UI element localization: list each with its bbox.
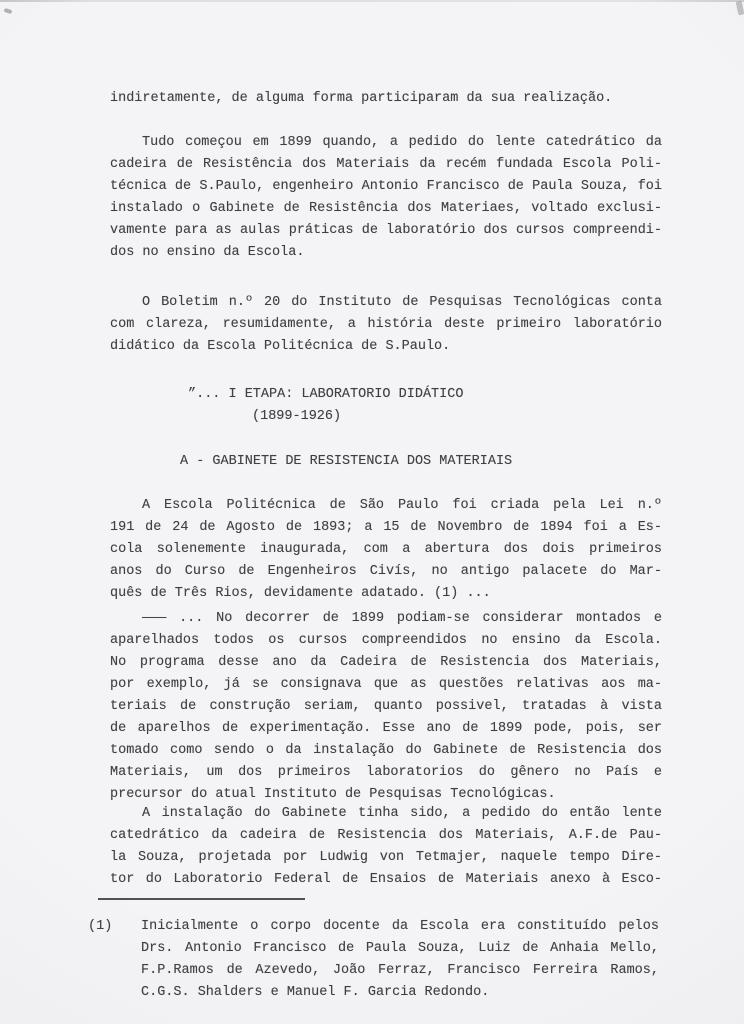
text-line: cola solenemente inaugurada, com a abert… xyxy=(110,539,662,561)
text-line: Materiais, um dos primeiros laboratorios… xyxy=(110,762,662,784)
footnote-line: F.P.Ramos de Azevedo, João Ferraz, Franc… xyxy=(141,960,659,982)
footnote-marker: (1) xyxy=(88,916,112,938)
scan-speck xyxy=(736,1,744,16)
footnote-rule-wrap xyxy=(110,898,662,900)
text-line: Tudo começou em 1899 quando, a pedido do… xyxy=(110,132,662,154)
paragraph: O Boletim n.º 20 do Instituto de Pesquis… xyxy=(110,292,662,358)
text-line: 191 de 24 de Agosto de 1893; a 15 de Nov… xyxy=(110,517,662,539)
heading-line: ”... I ETAPA: LABORATORIO DIDÁTICO xyxy=(188,384,662,406)
section-heading: ”... I ETAPA: LABORATORIO DIDÁTICO xyxy=(110,384,662,406)
text-line: A Escola Politécnica de São Paulo foi cr… xyxy=(110,495,662,517)
text-line: tor do Laboratorio Federal de Ensaios de… xyxy=(110,869,662,891)
text-line: tomado como sendo o da instalação do Gab… xyxy=(110,740,662,762)
scan-edge xyxy=(0,0,744,2)
text-line: No programa desse ano da Cadeira de Resi… xyxy=(110,652,662,674)
text-line: anos do Curso de Engenheiros Civís, no a… xyxy=(110,561,662,583)
footnote-line: C.G.S. Shalders e Manuel F. Garcia Redon… xyxy=(141,982,659,1004)
text-line: indiretamente, de alguma forma participa… xyxy=(110,88,662,110)
footnote-rule xyxy=(98,898,305,900)
text-line: dos no ensino da Escola. xyxy=(110,242,662,264)
section-heading: A - GABINETE DE RESISTENCIA DOS MATERIAI… xyxy=(110,451,662,473)
text-line: técnica de S.Paulo, engenheiro Antonio F… xyxy=(110,176,662,198)
text-line: catedrático da cadeira de Resistencia do… xyxy=(110,825,662,847)
text-line: instalado o Gabinete de Resistência dos … xyxy=(110,198,662,220)
paragraph: indiretamente, de alguma forma participa… xyxy=(110,88,662,110)
text-line: com clareza, resumidamente, a história d… xyxy=(110,314,662,336)
text-line: didático da Escola Politécnica de S.Paul… xyxy=(110,336,662,358)
text-line: A instalação do Gabinete tinha sido, a p… xyxy=(110,803,662,825)
footnote-line: Inicialmente o corpo docente da Escola e… xyxy=(141,916,659,938)
text-line: por exemplo, já se consignava que as que… xyxy=(110,674,662,696)
text-line: quês de Três Rios, devidamente adatado. … xyxy=(110,583,662,605)
heading-line: (1899-1926) xyxy=(252,406,662,428)
text-line: vamente para as aulas práticas de labora… xyxy=(110,220,662,242)
text-line: teriais de construção seriam, quanto pos… xyxy=(110,696,662,718)
text-line: cadeira de Resistência dos Materiais da … xyxy=(110,154,662,176)
scanned-document-page: indiretamente, de alguma forma participa… xyxy=(0,0,744,1024)
footnote-body: (1)Inicialmente o corpo docente da Escol… xyxy=(141,916,659,1004)
paragraph: Tudo começou em 1899 quando, a pedido do… xyxy=(110,132,662,264)
text-line: ——— ... No decorrer de 1899 podiam-se co… xyxy=(110,608,662,630)
text-line: O Boletim n.º 20 do Instituto de Pesquis… xyxy=(110,292,662,314)
paragraph: A instalação do Gabinete tinha sido, a p… xyxy=(110,803,662,891)
section-heading: (1899-1926) xyxy=(110,406,662,428)
text-line: la Souza, projetada por Ludwig von Tetma… xyxy=(110,847,662,869)
text-line: aparelhados todos os cursos compreendido… xyxy=(110,630,662,652)
document-content: indiretamente, de alguma forma participa… xyxy=(110,88,662,1004)
paragraph: A Escola Politécnica de São Paulo foi cr… xyxy=(110,495,662,605)
footnote-line: Drs. Antonio Francisco de Paula Souza, L… xyxy=(141,938,659,960)
footnote: (1)Inicialmente o corpo docente da Escol… xyxy=(110,916,662,1004)
scan-speck xyxy=(4,8,13,14)
paragraph: ——— ... No decorrer de 1899 podiam-se co… xyxy=(110,608,662,806)
text-line: de aparelhos de experimentação. Esse ano… xyxy=(110,718,662,740)
heading-line: A - GABINETE DE RESISTENCIA DOS MATERIAI… xyxy=(180,451,662,473)
